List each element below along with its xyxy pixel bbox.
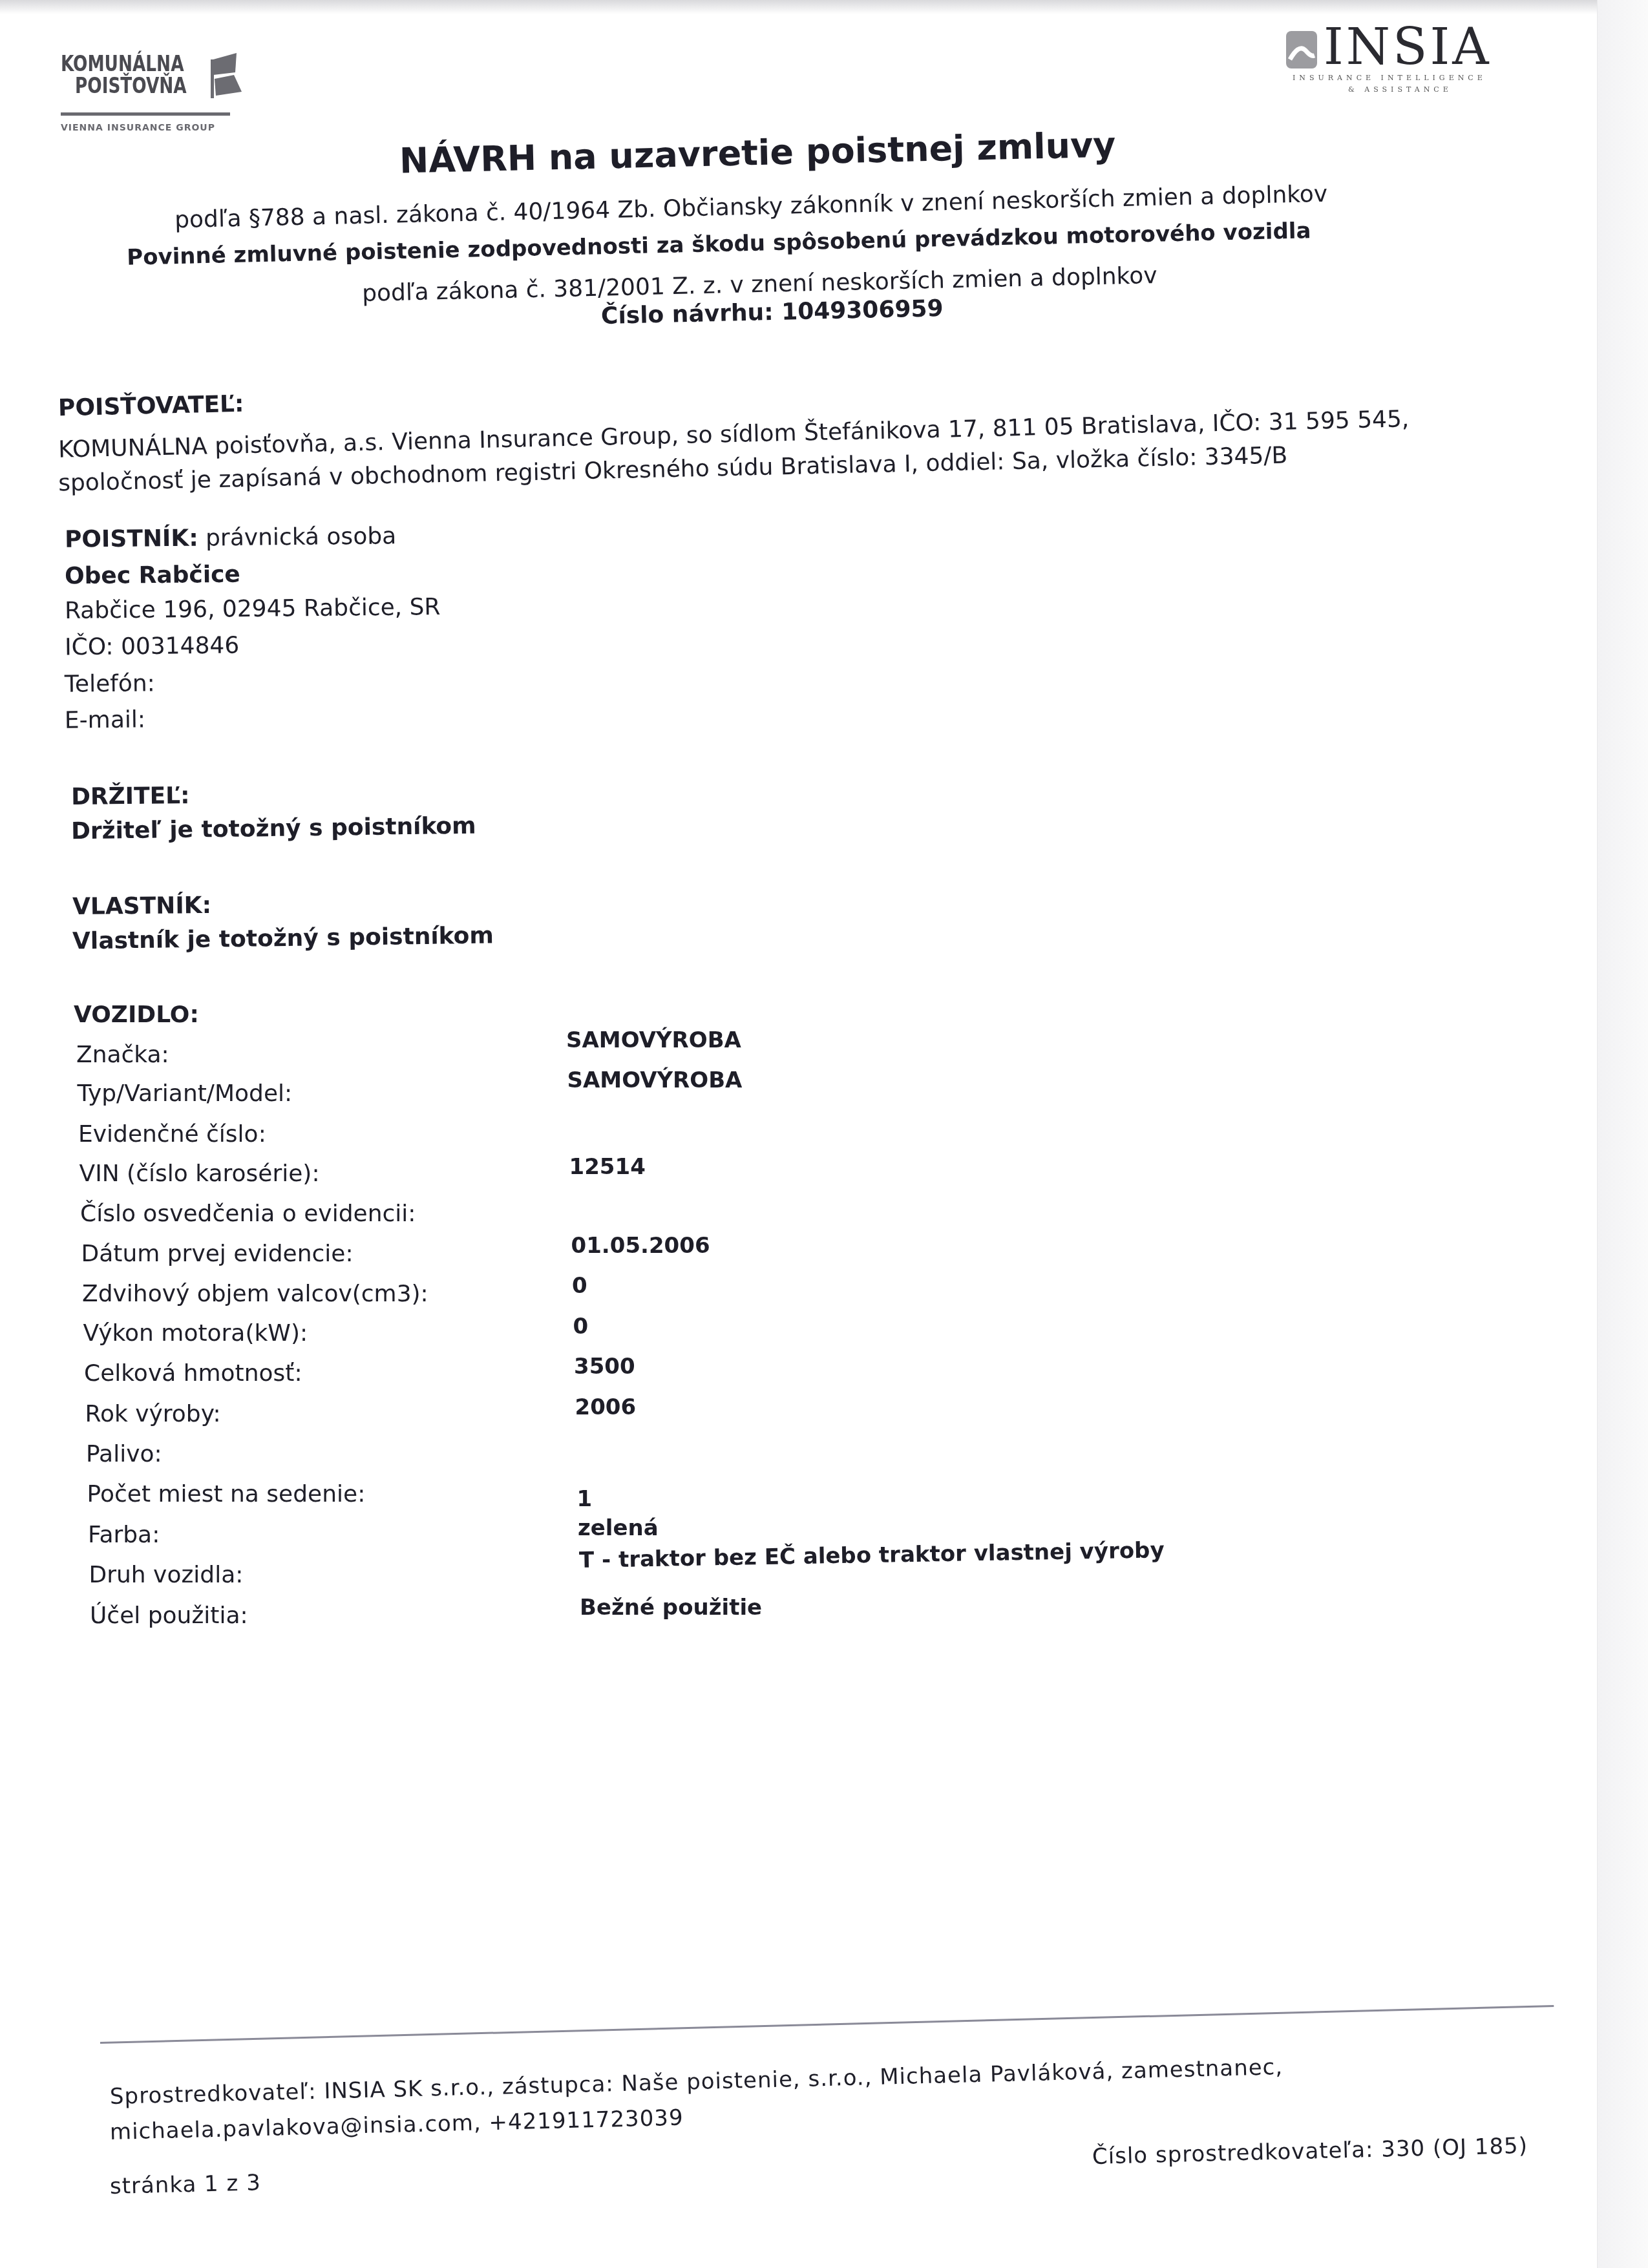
- proposal-number: Číslo návrhu: 1049306959: [601, 295, 944, 330]
- vehicle-field-value: zelená: [578, 1515, 659, 1541]
- insurer-heading: POISŤOVATEĽ:: [58, 391, 244, 422]
- page-indicator: stránka 1 z 3: [109, 2170, 261, 2200]
- policyholder-phone: Telefón:: [65, 670, 155, 697]
- footer-divider: [100, 2005, 1554, 2044]
- policyholder-name: Obec Rabčice: [65, 562, 240, 590]
- vehicle-heading: VOZIDLO:: [74, 1002, 199, 1028]
- vehicle-field-value: 01.05.2006: [571, 1233, 710, 1259]
- insurer-logo-tagline: VIENNA INSURANCE GROUP: [61, 123, 215, 133]
- vehicle-field-label: Značka:: [76, 1042, 169, 1068]
- owner-heading: VLASTNÍK:: [72, 892, 211, 920]
- policyholder-email: E-mail:: [65, 706, 145, 733]
- insurer-logo-line2: POISŤOVŇA: [75, 75, 218, 97]
- vehicle-field-label: Dátum prvej evidencie:: [81, 1241, 354, 1267]
- vehicle-field-label: Číslo osvedčenia o evidencii:: [80, 1201, 416, 1227]
- vehicle-field-value: 3500: [574, 1354, 635, 1380]
- vehicle-field-label: Rok výroby:: [85, 1401, 221, 1427]
- proposal-number-value: 1049306959: [781, 295, 944, 326]
- vehicle-field-value: 1: [577, 1486, 593, 1512]
- broker-logo-tagline-2: & ASSISTANCE: [1348, 85, 1452, 94]
- broker-line1: Sprostredkovateľ: INSIA SK s.r.o., zástu…: [109, 2054, 1283, 2110]
- vehicle-field-label: Palivo:: [86, 1441, 162, 1467]
- vehicle-field-label: Celková hmotnosť:: [84, 1360, 302, 1387]
- vehicle-field-label: Druh vozidla:: [89, 1562, 244, 1588]
- scan-shadow-top: [0, 0, 1648, 14]
- broker-logo-tagline-1: INSURANCE INTELLIGENCE: [1293, 74, 1486, 82]
- broker-logo-name: INSIA: [1324, 19, 1492, 75]
- vehicle-field-label: Účel použitia:: [90, 1602, 248, 1629]
- policyholder-type: právnická osoba: [206, 523, 396, 551]
- vehicle-field-value: 2006: [575, 1394, 637, 1420]
- document-title: NÁVRH na uzavretie poistnej zmluvy: [399, 124, 1116, 181]
- vehicle-field-value: 0: [572, 1273, 587, 1299]
- vehicle-field-label: Evidenčné číslo:: [78, 1121, 266, 1148]
- policyholder-heading-row: POISTNÍK: právnická osoba: [65, 523, 397, 552]
- owner-text: Vlastník je totožný s poistníkom: [72, 922, 494, 954]
- vehicle-field-label: VIN (číslo karosérie):: [79, 1160, 320, 1187]
- phone-label: Telefón:: [65, 670, 155, 697]
- holder-heading: DRŽITEĽ:: [71, 782, 190, 810]
- vehicle-field-label: Farba:: [88, 1522, 160, 1548]
- vehicle-field-label: Typ/Variant/Model:: [78, 1080, 293, 1107]
- vehicle-field-value: 0: [573, 1314, 589, 1339]
- flag-icon: [211, 53, 243, 105]
- vehicle-field-value: Bežné použitie: [580, 1595, 762, 1621]
- insurer-logo-rule: [61, 112, 230, 116]
- broker-line2: michaela.pavlakova@insia.com, +421911723…: [109, 2105, 684, 2145]
- broker-number: Číslo sprostredkovateľa: 330 (OJ 185): [1092, 2133, 1528, 2170]
- vehicle-field-label: Zdvihový objem valcov(cm3):: [82, 1281, 428, 1307]
- scan-shadow-right: [1597, 0, 1648, 2268]
- insurer-logo: KOMUNÁLNA POISŤOVŇA VIENNA INSURANCE GRO…: [61, 53, 242, 97]
- vehicle-field-value: SAMOVÝROBA: [566, 1027, 741, 1053]
- holder-text: Držiteľ je totožný s poistníkom: [71, 813, 476, 845]
- email-label: E-mail:: [65, 706, 145, 733]
- proposal-number-label: Číslo návrhu:: [601, 299, 774, 330]
- vehicle-field-label: Výkon motora(kW):: [83, 1320, 308, 1347]
- vehicle-field-value: T - traktor bez EČ alebo traktor vlastne…: [578, 1537, 1164, 1573]
- vehicle-field-value: SAMOVÝROBA: [567, 1067, 743, 1093]
- policyholder-address: Rabčice 196, 02945 Rabčice, SR: [65, 594, 441, 624]
- vehicle-field-label: Počet miest na sedenie:: [87, 1481, 366, 1507]
- vehicle-field-value: 12514: [569, 1154, 646, 1180]
- policyholder-heading: POISTNÍK:: [65, 525, 198, 553]
- insia-mark-icon: [1286, 31, 1317, 68]
- insurer-logo-line1: KOMUNÁLNA: [61, 53, 217, 75]
- policyholder-ico: IČO: 00314846: [65, 633, 240, 661]
